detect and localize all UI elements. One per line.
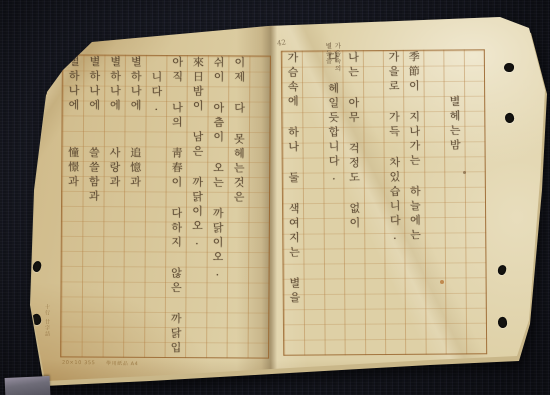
punch-hole: [503, 62, 514, 72]
text-column: [464, 50, 487, 353]
pencil-page-number: 42: [276, 38, 286, 47]
text-column: [363, 51, 386, 354]
punch-hole: [32, 260, 42, 272]
paper-stain: [463, 171, 466, 174]
display-case-plate: [5, 376, 51, 395]
text-column: 니다.: [144, 56, 167, 357]
punch-hole: [30, 62, 42, 75]
margin-print-bottom: 廿字詰: [44, 319, 51, 337]
paper-stain: [440, 280, 444, 284]
text-column: 아직 나의 靑春이 다하지 않은 까닭입: [165, 56, 188, 357]
paper-stain: [44, 37, 47, 40]
text-column: 季節이 지나가는 하늘에는: [403, 51, 426, 354]
text-column: 별하나에 사랑과: [103, 56, 126, 357]
footer-print-left: 20×10 355: [62, 360, 96, 366]
punch-hole: [497, 316, 508, 329]
museum-photo-background: 이제 다 못헤는것은쉬이 아츰이 오는 까닭이오.來日밤이 남은 까닭이오.아직…: [0, 0, 550, 395]
punch-hole: [497, 264, 507, 276]
manuscript-grid-right-page: 가을속의 별들을 별헤는밤季節이 지나가는 하늘에는가을로 가득 차있습니다.나…: [281, 49, 487, 356]
text-column: 별하나에 追憶과: [123, 56, 146, 357]
text-column: 가슴속에 하나 둘 색여지는 별을: [282, 52, 305, 355]
text-column: 별하나에 憧憬과: [61, 55, 84, 356]
text-column: 쉬이 아츰이 오는 까닭이오.: [206, 56, 229, 357]
manuscript-grid-left-page: 이제 다 못헤는것은쉬이 아츰이 오는 까닭이오.來日밤이 남은 까닭이오.아직…: [60, 54, 271, 358]
text-column: 來日밤이 남은 까닭이오.: [185, 56, 208, 357]
text-column: 이제 다 못헤는것은: [227, 56, 250, 357]
punch-hole: [30, 111, 40, 122]
text-column: 나는 아무 걱정도 없이: [342, 51, 365, 354]
text-column: [302, 51, 325, 354]
manuscript-paper-stack: 이제 다 못헤는것은쉬이 아츰이 오는 까닭이오.來日밤이 남은 까닭이오.아직…: [0, 0, 550, 395]
text-column: 다 헤일듯합니다.: [322, 51, 345, 354]
text-column: 별헤는밤: [443, 50, 466, 353]
text-column: [423, 51, 446, 354]
text-column: 별하나에 쓸쓸함과: [82, 55, 105, 356]
text-column: [247, 57, 270, 358]
text-column: 가을로 가득 차있습니다.: [383, 51, 406, 354]
footer-print-right: 學用紙品 A4: [106, 360, 139, 367]
margin-print-top: 十行: [44, 304, 51, 316]
punch-hole: [504, 112, 516, 124]
manuscript-spread: 이제 다 못헤는것은쉬이 아츰이 오는 까닭이오.來日밤이 남은 까닭이오.아직…: [0, 0, 550, 395]
